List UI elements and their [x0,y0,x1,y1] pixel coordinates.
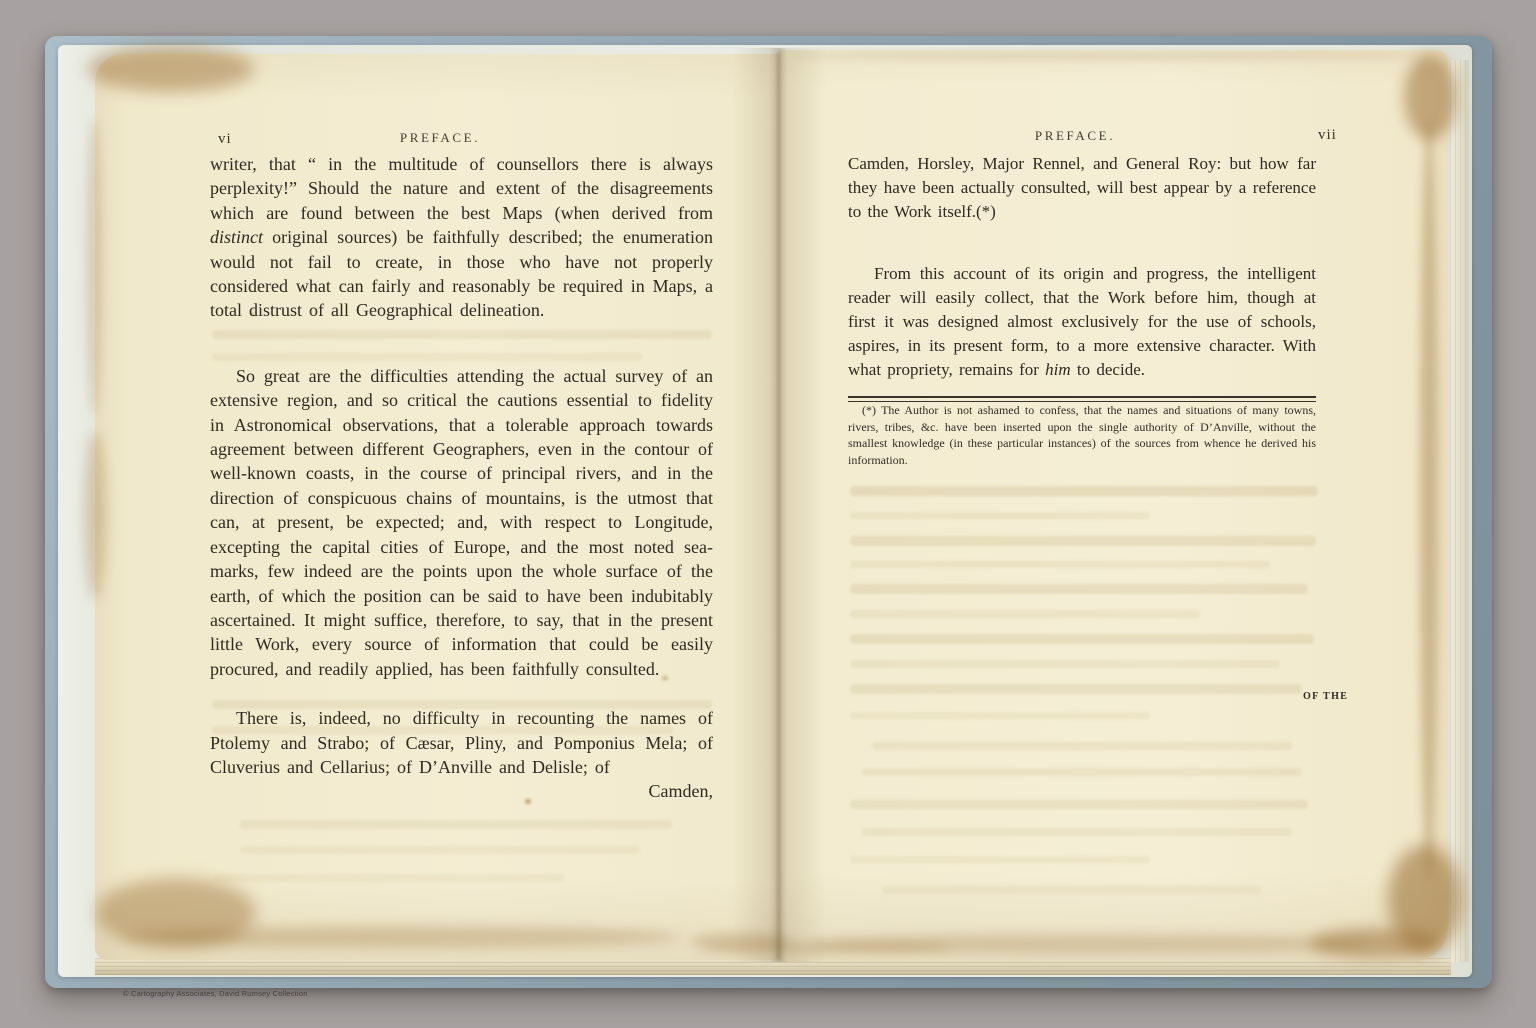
text-segment: So great are the difficulties attending … [210,366,713,679]
running-head-left: PREFACE. [190,130,690,146]
text-segment: writer, that “ in the multitude of couns… [210,154,713,223]
page-stack-fore-edge-right [1450,60,1469,962]
book-photo: vi PREFACE. writer, that “ in the multit… [0,0,1536,1028]
page-number-right: vii [1318,127,1337,144]
body-paragraph: writer, that “ in the multitude of couns… [210,152,713,323]
body-paragraph: Camden, Horsley, Major Rennel, and Gener… [848,152,1316,224]
italic-text: him [1045,360,1071,379]
body-paragraph: So great are the difficulties attending … [210,364,713,681]
catchword-right-page: OF THE [1303,691,1348,702]
running-head-right: PREFACE. [812,128,1338,144]
catchword-left-page: Camden, [210,779,713,803]
text-segment: Camden, Horsley, Major Rennel, and Gener… [848,154,1316,221]
collection-credit: © Cartography Associates, David Rumsey C… [123,989,308,998]
footnote: (*) The Author is not ashamed to confess… [848,402,1316,468]
body-text-left: writer, that “ in the multitude of couns… [210,152,713,804]
body-text-right: Camden, Horsley, Major Rennel, and Gener… [848,152,1316,468]
text-segment: to decide. [1071,360,1145,379]
body-paragraph: From this account of its origin and prog… [848,262,1316,382]
text-segment: original sources) be faithfully describe… [210,227,713,320]
body-paragraph: There is, indeed, no difficulty in recou… [210,706,713,779]
italic-text: distinct [210,227,263,247]
text-segment: There is, indeed, no difficulty in recou… [210,708,713,777]
